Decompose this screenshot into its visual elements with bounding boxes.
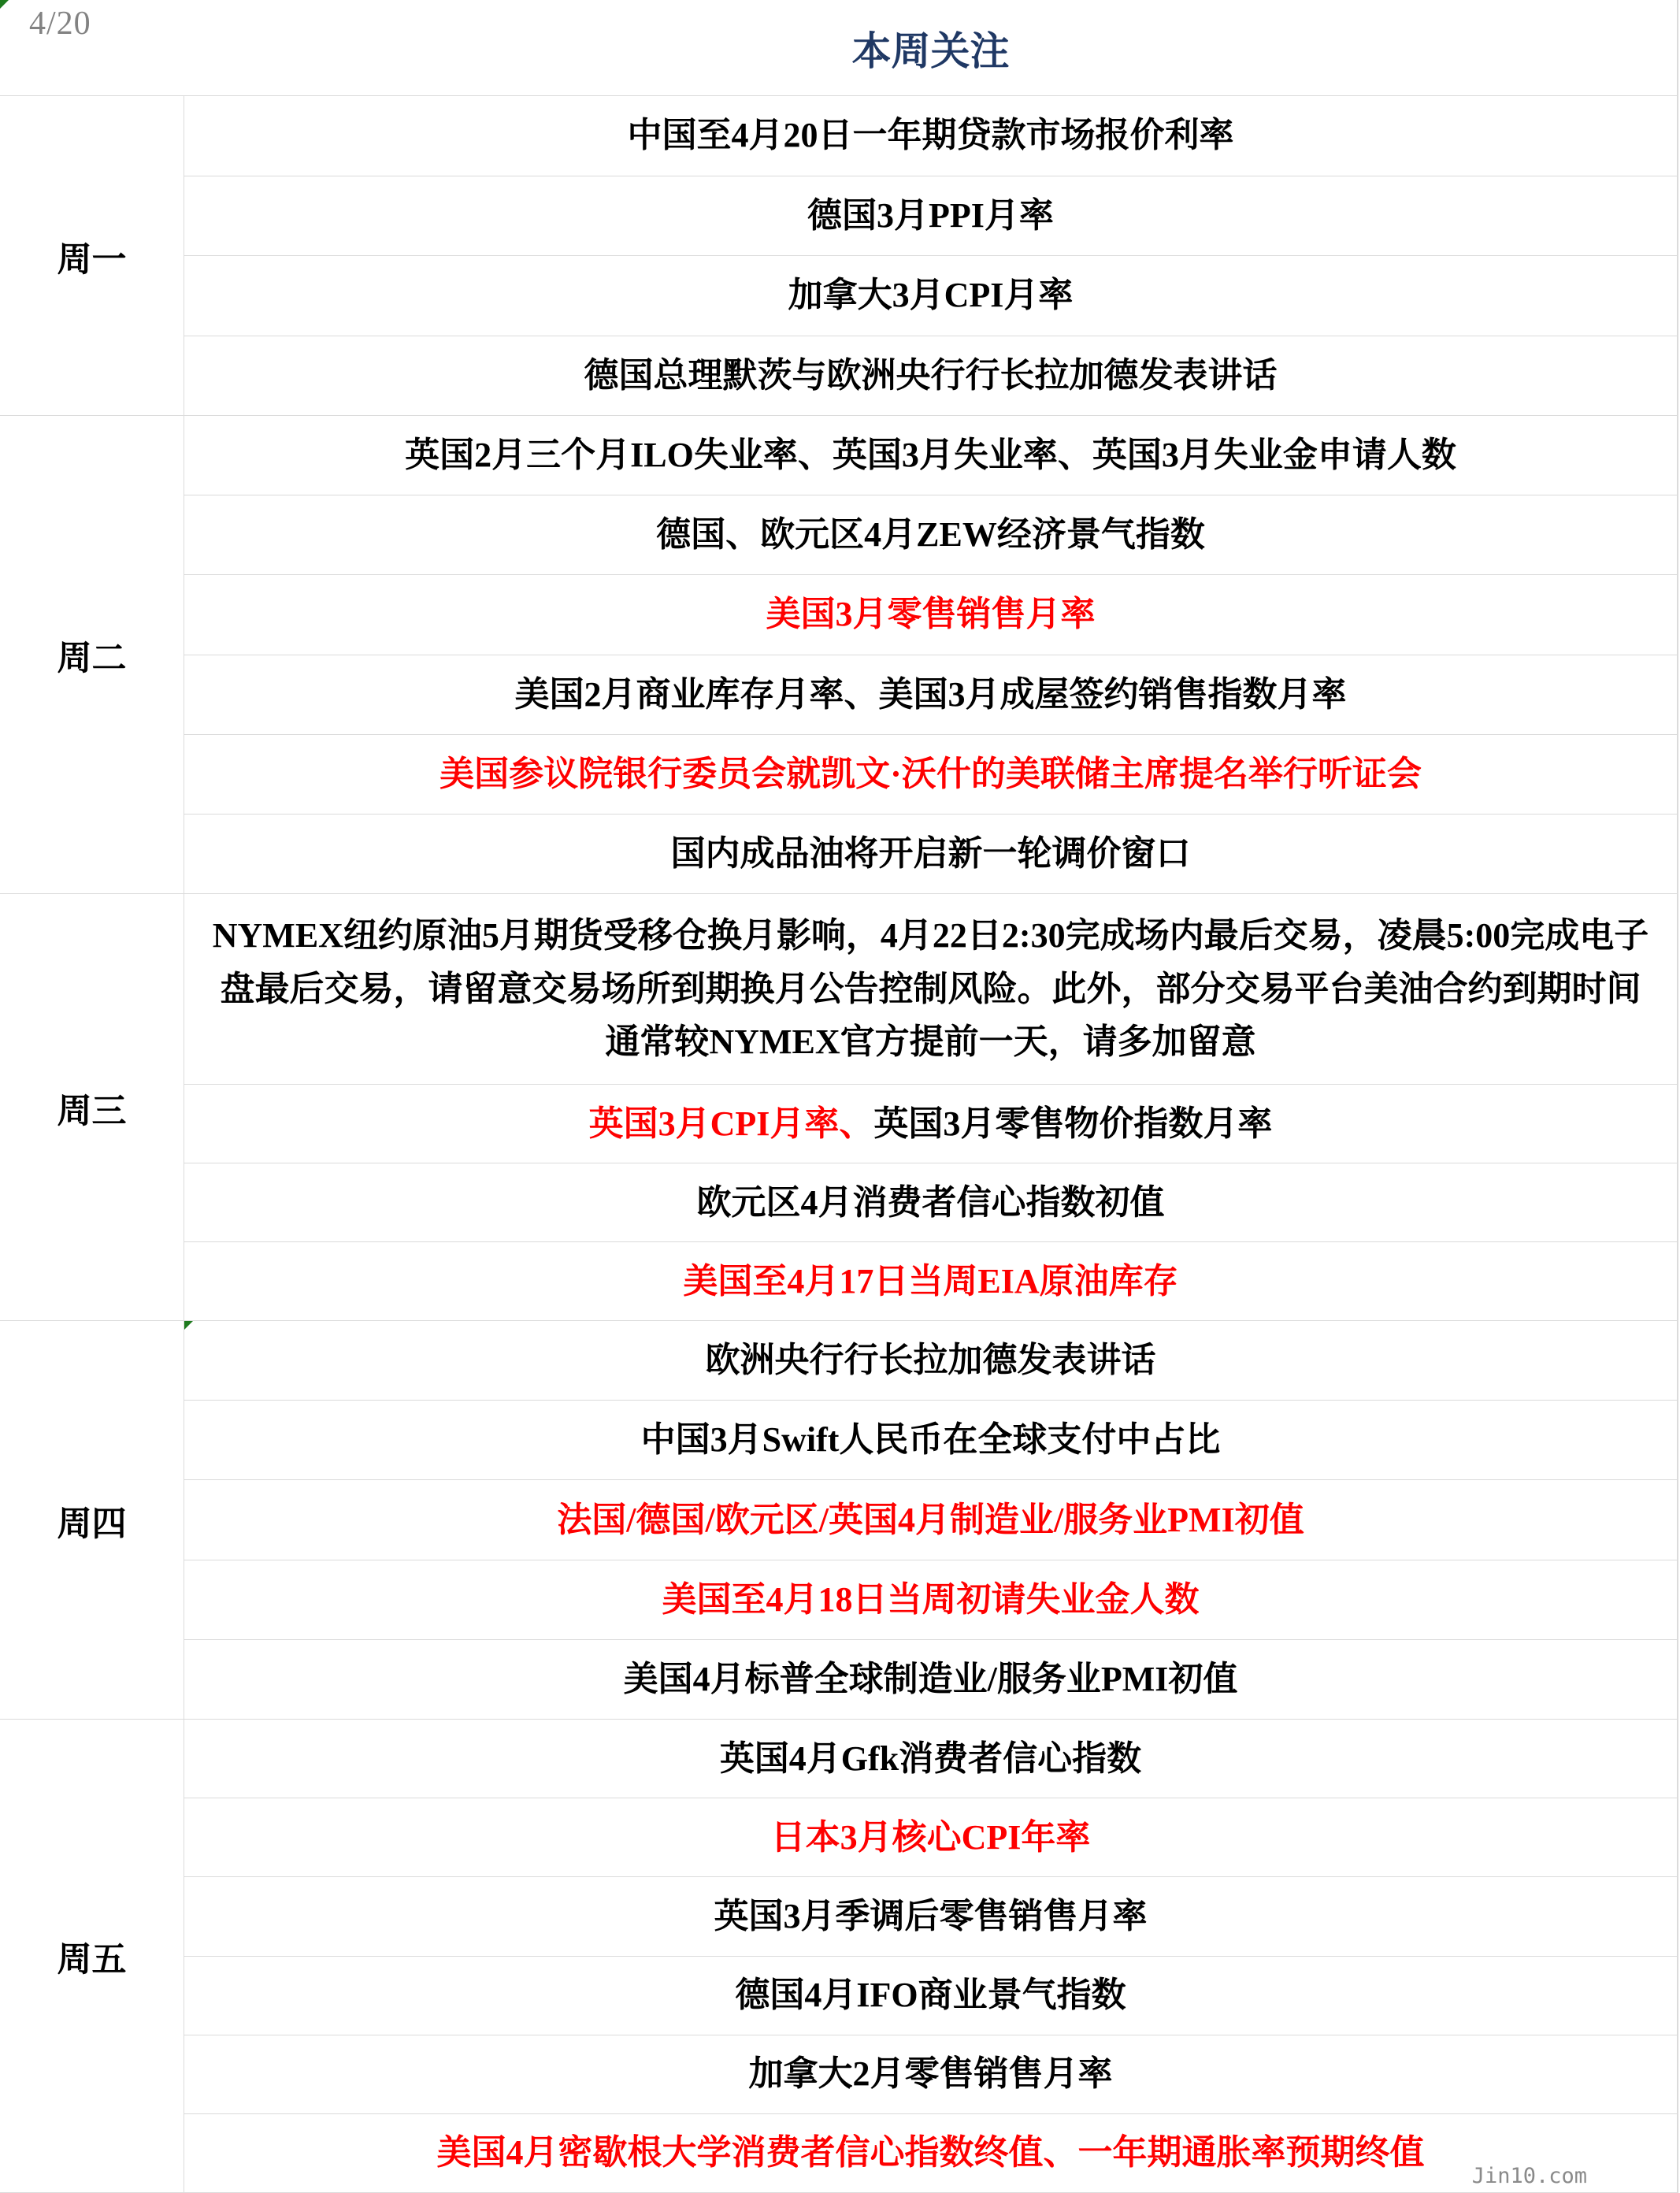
day-section-fri: 周五英国4月Gfk消费者信心指数日本3月核心CPI年率英国3月季调后零售销售月率… [0,1720,1677,2193]
event-text-segment: 加拿大2月零售销售月率 [749,2054,1113,2093]
event-text: 德国、欧元区4月ZEW经济景气指数 [656,509,1205,561]
event-text-segment: 德国3月PPI月率 [807,196,1054,235]
weekly-focus-sheet: 4/20 本周关注 周一中国至4月20日一年期贷款市场报价利率德国3月PPI月率… [0,0,1678,2193]
event-text: 英国3月季调后零售销售月率 [714,1891,1148,1943]
event-text-segment: 英国3月CPI月率、 [589,1104,874,1143]
event-row: 德国总理默茨与欧洲央行行长拉加德发表讲话 [184,336,1677,416]
event-row: 法国/德国/欧元区/英国4月制造业/服务业PMI初值 [184,1480,1677,1560]
event-text: 美国2月商业库存月率、美国3月成屋签约销售指数月率 [515,669,1347,721]
event-row: 中国3月Swift人民币在全球支付中占比 [184,1401,1677,1480]
comment-marker-icon [0,0,9,9]
event-row: 德国4月IFO商业景气指数 [184,1957,1677,2035]
event-text-segment: 日本3月核心CPI年率 [771,1818,1091,1857]
event-text-segment: 法国/德国/欧元区/英国4月制造业/服务业PMI初值 [557,1501,1304,1539]
event-rows: 英国2月三个月ILO失业率、英国3月失业率、英国3月失业金申请人数德国、欧元区4… [184,416,1677,893]
day-label: 周五 [0,1720,184,2192]
event-text: 加拿大3月CPI月率 [788,269,1074,321]
event-text: 美国至4月18日当周初请失业金人数 [662,1574,1200,1626]
day-section-wed: 周三NYMEX纽约原油5月期货受移仓换月影响，4月22日2:30完成场内最后交易… [0,894,1677,1321]
event-text-segment: 英国3月零售物价指数月率 [873,1104,1272,1143]
event-text-segment: 美国2月商业库存月率、美国3月成屋签约销售指数月率 [515,675,1347,714]
page-title: 本周关注 [184,0,1677,95]
event-row: 美国2月商业库存月率、美国3月成屋签约销售指数月率 [184,655,1677,735]
day-section-thu: 周四欧洲央行行长拉加德发表讲话中国3月Swift人民币在全球支付中占比法国/德国… [0,1321,1677,1720]
event-text: 日本3月核心CPI年率 [771,1812,1091,1864]
event-text: 德国4月IFO商业景气指数 [735,1969,1126,2021]
event-text: 欧洲央行行长拉加德发表讲话 [706,1334,1156,1386]
corner-date: 4/20 [29,5,91,43]
event-row: 英国3月季调后零售销售月率 [184,1877,1677,1956]
day-label: 周四 [0,1321,184,1719]
event-text-segment: 美国至4月18日当周初请失业金人数 [662,1580,1200,1619]
event-text-segment: 欧元区4月消费者信心指数初值 [697,1183,1165,1222]
event-text: 英国4月Gfk消费者信心指数 [720,1733,1141,1785]
event-row: 日本3月核心CPI年率 [184,1798,1677,1877]
watermark: Jin10.com [1472,2164,1587,2188]
sheet-header: 4/20 本周关注 [0,0,1677,96]
event-row: 加拿大2月零售销售月率 [184,2035,1677,2114]
event-row: 欧洲央行行长拉加德发表讲话 [184,1321,1677,1401]
event-text-segment: 美国3月零售销售月率 [766,595,1096,633]
event-text-segment: 英国3月季调后零售销售月率 [714,1897,1148,1935]
day-section-mon: 周一中国至4月20日一年期贷款市场报价利率德国3月PPI月率加拿大3月CPI月率… [0,96,1677,416]
event-row: 美国4月标普全球制造业/服务业PMI初值 [184,1640,1677,1719]
event-text: 中国3月Swift人民币在全球支付中占比 [641,1414,1221,1466]
event-row: 德国、欧元区4月ZEW经济景气指数 [184,495,1677,575]
event-text-segment: 美国参议院银行委员会就凯文·沃什的美联储主席提名举行听证会 [439,755,1422,793]
event-text: 国内成品油将开启新一轮调价窗口 [671,828,1191,880]
event-text-segment: 欧洲央行行长拉加德发表讲话 [706,1341,1156,1379]
event-text-segment: 国内成品油将开启新一轮调价窗口 [671,834,1191,873]
event-text: 英国2月三个月ILO失业率、英国3月失业率、英国3月失业金申请人数 [405,429,1456,481]
event-rows: 欧洲央行行长拉加德发表讲话中国3月Swift人民币在全球支付中占比法国/德国/欧… [184,1321,1677,1719]
event-row: 国内成品油将开启新一轮调价窗口 [184,814,1677,893]
event-row: NYMEX纽约原油5月期货受移仓换月影响，4月22日2:30完成场内最后交易，凌… [184,894,1677,1085]
event-text: 美国参议院银行委员会就凯文·沃什的美联储主席提名举行听证会 [439,748,1422,800]
event-text-segment: 美国4月标普全球制造业/服务业PMI初值 [624,1660,1238,1698]
event-row: 英国2月三个月ILO失业率、英国3月失业率、英国3月失业金申请人数 [184,416,1677,495]
event-text: 英国3月CPI月率、英国3月零售物价指数月率 [589,1098,1273,1150]
day-label: 周一 [0,96,184,415]
event-text-segment: 英国4月Gfk消费者信心指数 [720,1739,1141,1778]
event-row: 英国3月CPI月率、英国3月零售物价指数月率 [184,1085,1677,1163]
event-rows: 中国至4月20日一年期贷款市场报价利率德国3月PPI月率加拿大3月CPI月率德国… [184,96,1677,415]
event-text-segment: 美国4月密歇根大学消费者信心指数终值、一年期通胀率预期终值 [437,2133,1425,2172]
event-text: NYMEX纽约原油5月期货受移仓换月影响，4月22日2:30完成场内最后交易，凌… [211,909,1650,1069]
event-row: 美国4月密歇根大学消费者信心指数终值、一年期通胀率预期终值 [184,2114,1677,2192]
event-text-segment: 中国至4月20日一年期贷款市场报价利率 [628,116,1234,154]
event-text-segment: 英国2月三个月ILO失业率、英国3月失业率、英国3月失业金申请人数 [405,436,1456,474]
event-text-segment: 德国、欧元区4月ZEW经济景气指数 [656,515,1205,554]
event-row: 英国4月Gfk消费者信心指数 [184,1720,1677,1798]
event-text-segment: NYMEX纽约原油5月期货受移仓换月影响，4月22日2:30完成场内最后交易，凌… [213,916,1649,1062]
event-row: 美国3月零售销售月率 [184,575,1677,655]
event-text: 美国4月密歇根大学消费者信心指数终值、一年期通胀率预期终值 [437,2127,1425,2179]
event-rows: 英国4月Gfk消费者信心指数日本3月核心CPI年率英国3月季调后零售销售月率德国… [184,1720,1677,2192]
event-text: 美国3月零售销售月率 [766,588,1096,640]
comment-marker-icon [184,1321,193,1330]
event-row: 美国至4月17日当周EIA原油库存 [184,1242,1677,1320]
event-row: 德国3月PPI月率 [184,176,1677,257]
event-text: 中国至4月20日一年期贷款市场报价利率 [628,109,1234,161]
event-text: 美国4月标普全球制造业/服务业PMI初值 [624,1653,1238,1705]
event-text-segment: 德国4月IFO商业景气指数 [735,1976,1126,2014]
day-label: 周三 [0,894,184,1320]
day-section-tue: 周二英国2月三个月ILO失业率、英国3月失业率、英国3月失业金申请人数德国、欧元… [0,416,1677,894]
event-text-segment: 德国总理默茨与欧洲央行行长拉加德发表讲话 [584,356,1278,395]
event-rows: NYMEX纽约原油5月期货受移仓换月影响，4月22日2:30完成场内最后交易，凌… [184,894,1677,1320]
event-text: 德国总理默茨与欧洲央行行长拉加德发表讲话 [584,350,1278,402]
event-text: 德国3月PPI月率 [807,190,1054,242]
event-text: 法国/德国/欧元区/英国4月制造业/服务业PMI初值 [557,1494,1304,1546]
event-text-segment: 加拿大3月CPI月率 [788,276,1074,314]
event-text: 欧元区4月消费者信心指数初值 [697,1177,1165,1229]
event-row: 欧元区4月消费者信心指数初值 [184,1163,1677,1242]
event-text: 美国至4月17日当周EIA原油库存 [683,1256,1177,1308]
event-text-segment: 美国至4月17日当周EIA原油库存 [683,1262,1177,1301]
event-row: 加拿大3月CPI月率 [184,256,1677,336]
event-text: 加拿大2月零售销售月率 [749,2048,1113,2100]
event-row: 美国至4月18日当周初请失业金人数 [184,1560,1677,1640]
event-text-segment: 中国3月Swift人民币在全球支付中占比 [641,1420,1221,1459]
event-row: 美国参议院银行委员会就凯文·沃什的美联储主席提名举行听证会 [184,735,1677,814]
day-label: 周二 [0,416,184,893]
event-row: 中国至4月20日一年期贷款市场报价利率 [184,96,1677,176]
